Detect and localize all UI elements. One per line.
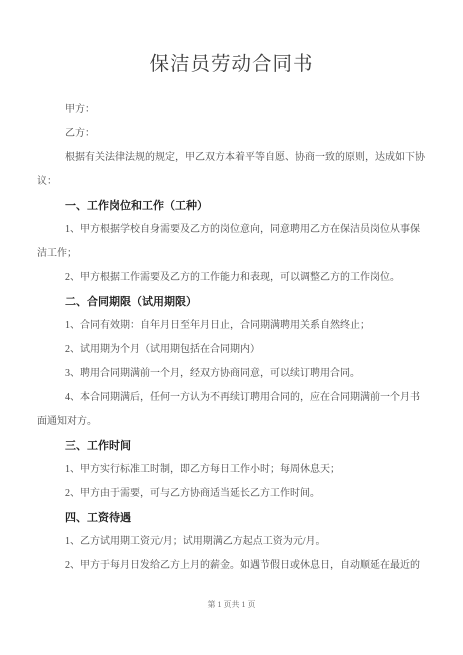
page-number: 第 1 页共 1 页 xyxy=(0,599,463,611)
section-1-item-2: 2、甲方根据工作需要及乙方的工作能力和表现，可以调整乙方的工作岗位。 xyxy=(37,266,426,290)
section-4-item-1: 1、乙方试用期工资元/月；试用期满乙方起点工资为元/月。 xyxy=(37,530,426,554)
party-a-line: 甲方： xyxy=(37,98,426,122)
section-2-item-1: 1、合同有效期：自年月日至年月日止，合同期满聘用关系自然终止； xyxy=(37,314,426,338)
section-2-item-4: 4、本合同期满后，任何一方认为不再续订聘用合同的，应在合同期满前一个月书面通知对… xyxy=(37,386,426,434)
section-2-heading: 二、合同期限（试用期限） xyxy=(37,290,426,314)
section-4-item-2: 2、甲方于每月日发给乙方上月的薪金。如遇节假日或休息日，自动顺延在最近的 xyxy=(37,554,426,578)
document-title: 保洁员劳动合同书 xyxy=(37,52,426,78)
section-4-heading: 四、工资待遇 xyxy=(37,506,426,530)
document-page: 保洁员劳动合同书 甲方： 乙方： 根据有关法律法规的规定，甲乙双方本着平等自愿、… xyxy=(0,0,463,655)
section-3-item-2: 2、甲方由于需要，可与乙方协商适当延长乙方工作时间。 xyxy=(37,482,426,506)
section-3-item-1: 1、甲方实行标准工时制，即乙方每日工作小时；每周休息天； xyxy=(37,458,426,482)
intro-paragraph: 根据有关法律法规的规定，甲乙双方本着平等自愿、协商一致的原则，达成如下协议： xyxy=(37,146,426,194)
section-1-item-1: 1、甲方根据学校自身需要及乙方的岗位意向，同意聘用乙方在保洁员岗位从事保洁工作； xyxy=(37,218,426,266)
document-body: 甲方： 乙方： 根据有关法律法规的规定，甲乙双方本着平等自愿、协商一致的原则，达… xyxy=(37,98,426,578)
section-1-heading: 一、工作岗位和工作（工种） xyxy=(37,194,426,218)
party-b-line: 乙方： xyxy=(37,122,426,146)
section-2-item-2: 2、试用期为个月（试用期包括在合同期内） xyxy=(37,338,426,362)
section-2-item-3: 3、聘用合同期满前一个月，经双方协商同意，可以续订聘用合同。 xyxy=(37,362,426,386)
section-3-heading: 三、工作时间 xyxy=(37,434,426,458)
